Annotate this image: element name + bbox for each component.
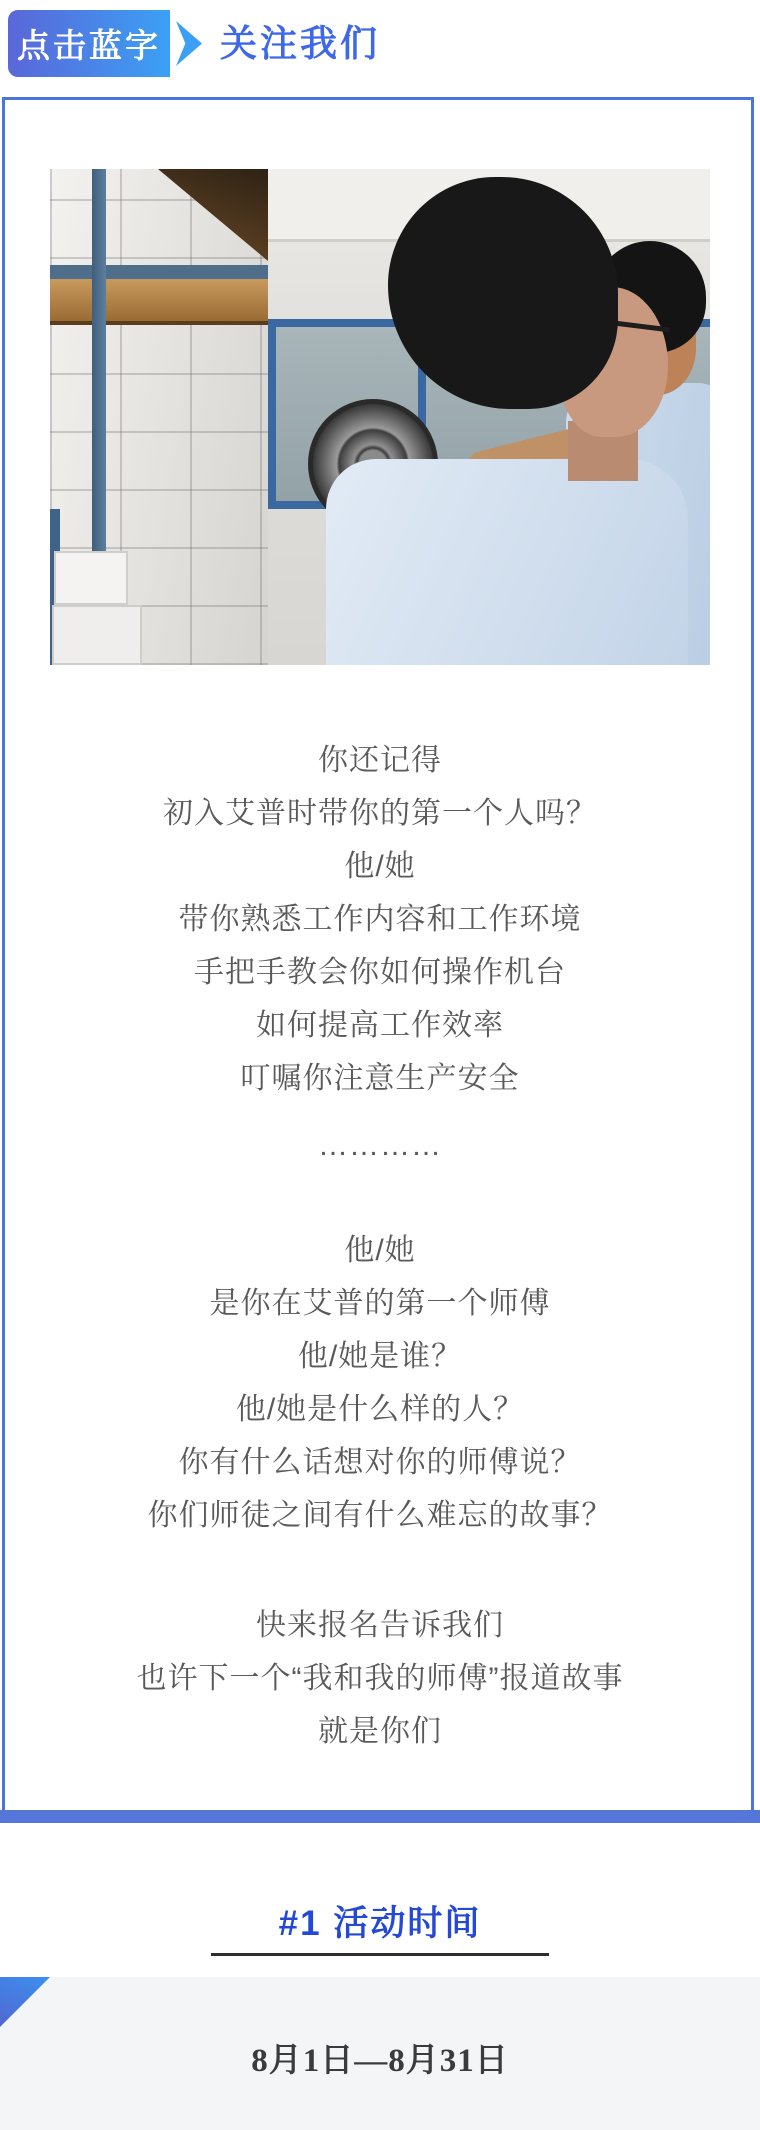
poem-line: 是你在艾普的第一个师傅 [0, 1277, 760, 1330]
heading-underline [211, 1953, 549, 1956]
poem-line: 带你熟悉工作内容和工作环境 [0, 893, 760, 946]
poem-line: 你还记得 [0, 734, 760, 787]
poem-line: ………… [0, 1119, 760, 1172]
poem-line: 就是你们 [0, 1705, 760, 1758]
poem-line: 初入艾普时带你的第一个人吗？ [0, 787, 760, 840]
white-box [52, 605, 142, 665]
poem-stanza-1: 你还记得 初入艾普时带你的第一个人吗？ 他/她 带你熟悉工作内容和工作环境 手把… [0, 734, 760, 1105]
shelf-steel-beam [50, 265, 268, 279]
poem-line: 也许下一个“我和我的师傅”报道故事 [0, 1652, 760, 1705]
date-range-text: 8月1日—8月31日 [0, 2034, 760, 2081]
poem-line: 你有什么话想对你的师傅说？ [0, 1436, 760, 1489]
photo-left-shelves [50, 169, 268, 665]
poem-line: 他/她是谁？ [0, 1330, 760, 1383]
poem-line: 他/她是什么样的人？ [0, 1383, 760, 1436]
article-page: 点击蓝字 关注我们 [0, 0, 760, 2130]
poem-line: 他/她 [0, 1224, 760, 1277]
poem-line: 你们师徒之间有什么难忘的故事？ [0, 1489, 760, 1542]
activity-time-section: 8月1日—8月31日 [0, 1977, 760, 2130]
shelf-wood-board [50, 279, 268, 325]
chevron-right-icon [176, 21, 202, 66]
worker-1-shirt [326, 459, 688, 665]
blue-divider-bar [0, 1810, 760, 1823]
corner-triangle-decoration [0, 1977, 50, 2027]
poem-ellipsis: ………… [0, 1119, 760, 1172]
poem-stanza-2: 他/她 是你在艾普的第一个师傅 他/她是谁？ 他/她是什么样的人？ 你有什么话想… [0, 1224, 760, 1542]
badge-label: 点击蓝字 [17, 20, 161, 67]
poem-stanza-3: 快来报名告诉我们 也许下一个“我和我的师傅”报道故事 就是你们 [0, 1599, 760, 1758]
white-box [54, 551, 128, 605]
click-blue-text-badge[interactable]: 点击蓝字 [8, 10, 170, 77]
workshop-photo[interactable] [50, 169, 710, 665]
poem-line: 叮嘱你注意生产安全 [0, 1052, 760, 1105]
poem-line: 如何提高工作效率 [0, 999, 760, 1052]
poem-line: 他/她 [0, 840, 760, 893]
follow-us-link[interactable]: 关注我们 [220, 10, 380, 77]
poem-line: 手把手教会你如何操作机台 [0, 946, 760, 999]
poem-line: 快来报名告诉我们 [0, 1599, 760, 1652]
photo-right-workshop [268, 169, 710, 665]
section-heading: #1 活动时间 [0, 1896, 760, 1946]
shelf-wood-wedge [158, 169, 268, 261]
